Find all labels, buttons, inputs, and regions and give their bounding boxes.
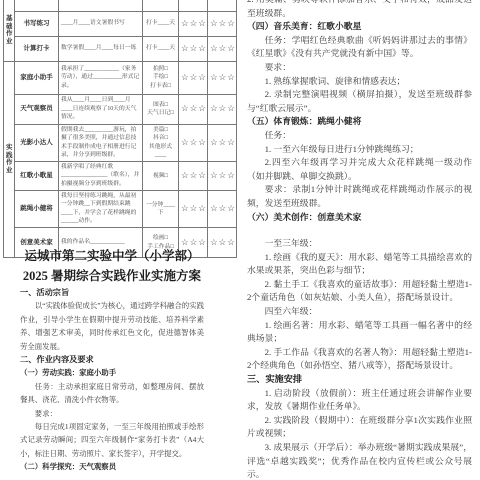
text-line: 要求： xyxy=(20,407,204,420)
self-rating-stars: ☆☆☆ xyxy=(179,94,208,124)
text-line: 2. 用美篇、剪映等软件添加音乐、文字和特效，成品发送至班级群。 xyxy=(247,0,472,20)
school-title: 运城市第二实验中学（小学部） xyxy=(20,246,204,266)
plan-title: 2025 暑期综合实践作业实施方案 xyxy=(20,266,204,286)
document-canvas: 基 础 作 业书写练习____月____语文暑假书写打卡____天☆☆☆☆☆☆计… xyxy=(0,0,480,480)
text-line: 2. 手工作品《我喜欢的名著人物》：用超轻黏土塑造1-2个经典角色（如孙悟空、猪… xyxy=(247,346,472,373)
record-method: 打卡____天 xyxy=(143,11,179,36)
self-rating-stars: ☆☆☆ xyxy=(179,61,208,94)
record-method: 美篇□ 抖音□ 其他形式____ xyxy=(143,124,179,161)
text-line: 四至六年级： xyxy=(247,305,472,319)
task-name: 家庭小助手 xyxy=(15,61,59,94)
task-description: 我从____月____日到____月____日连续观察了10天的天气情况。 xyxy=(59,94,143,124)
homework-checklist-table: 基 础 作 业书写练习____月____语文暑假书写打卡____天☆☆☆☆☆☆计… xyxy=(3,0,237,258)
teacher-rating-stars: ☆☆☆ xyxy=(208,161,237,190)
text-line: 1. 绘画名著：用水彩、蜡笔等工具画一幅名著中的经典场景； xyxy=(247,319,472,346)
teacher-rating-stars: ☆☆☆ xyxy=(208,190,237,227)
table-row: 跳绳小健将我每日坚持练习跳绳，从最初一分钟跳__下到假期结束跳____下，并学会… xyxy=(4,190,237,227)
record-method: 打卡____天 xyxy=(143,36,179,61)
text-line: 1. 绘画《我的夏天》：用水彩、蜡笔等工具描绘喜欢的水果或果茶，突出色彩与细节； xyxy=(247,251,472,278)
task-description: 数学暑假____月____每日一练 xyxy=(59,36,143,61)
teacher-rating-stars: ☆☆☆ xyxy=(208,11,237,36)
self-rating-stars: ☆☆☆ xyxy=(179,190,208,227)
task-name: 计算打卡 xyxy=(15,36,59,61)
text-line: 以“实践体验促成长”为核心，通过跨学科融合的实践作业，引导小学生在假期中提升劳动… xyxy=(20,299,204,353)
task-description: 我新学唱了经典红歌________________（歌名），并拍摄视频分享到班级… xyxy=(59,161,143,190)
task-name: 书写练习 xyxy=(15,11,59,36)
text-line: 三、实施安排 xyxy=(247,373,472,387)
group-label: 实 践 作 业 xyxy=(4,61,15,258)
table-row: 天气观察员我从____月____日到____月____日连续观察了10天的天气情… xyxy=(4,94,237,124)
table-partial-row: 基 础 作 业 xyxy=(4,0,237,11)
empty-cell xyxy=(143,0,179,11)
text-line: 2.四至六年级再学习并完成大众花样跳绳一级动作（如并脚跳、单脚交换跳）。 xyxy=(247,156,472,183)
text-line: 1. 启动阶段（放假前）：班主任通过班会讲解作业要求，发放《暑期作业任务单》。 xyxy=(247,387,472,414)
teacher-rating-stars: ☆☆☆ xyxy=(208,36,237,61)
text-line: 1. 熟练掌握歌词、旋律和情感表达； xyxy=(247,75,472,89)
plan-title-page: 运城市第二实验中学（小学部） 2025 暑期综合实践作业实施方案 一、活动宗旨以… xyxy=(20,246,204,474)
table-row: 光影小达人假期我去__________游玩，拍摄了很多美照，并通过信息技术手段制… xyxy=(4,124,237,161)
table-row: 书写练习____月____语文暑假书写打卡____天☆☆☆☆☆☆ xyxy=(4,11,237,36)
text-line: 二、作业内容及要求 xyxy=(20,353,204,366)
table-row: 红歌小歌星我新学唱了经典红歌________________（歌名），并拍摄视频… xyxy=(4,161,237,190)
text-line: （二）科学探究：天气观察员 xyxy=(20,460,204,473)
self-rating-stars: ☆☆☆ xyxy=(179,11,208,36)
plan-left-text: 一、活动宗旨以“实践体验促成长”为核心，通过跨学科融合的实践作业，引导小学生在假… xyxy=(20,286,204,474)
task-name: 跳绳小健将 xyxy=(15,190,59,227)
text-line: 2. 实践阶段（假期中）：在班级群分享1次实践作业照片或视频； xyxy=(247,414,472,441)
self-rating-stars: ☆☆☆ xyxy=(179,124,208,161)
text-line: 3. 成果展示（开学后）：举办班级“暑期实践成果展”，评选“卓越实践奖”；优秀作… xyxy=(247,441,472,480)
text-line: （四）音乐美育：红歌小歌星 xyxy=(247,20,472,34)
text-line: （六）美术创作：创意美术家 xyxy=(247,211,472,225)
table-row: 实 践 作 业家庭小助手我承担了____________（家务劳动），通过___… xyxy=(4,61,237,94)
task-description: 我承担了____________（家务劳动），通过__________形式记录。 xyxy=(59,61,143,94)
text-line: 2. 黏土手工《我喜欢的童话故事》：用超轻黏土塑造1-2个童话角色（如灰姑娘、小… xyxy=(247,278,472,305)
teacher-rating-stars: ☆☆☆ xyxy=(208,94,237,124)
task-description: 我每日坚持练习跳绳，从最初一分钟跳__下到假期结束跳____下，并学会了花样跳绳… xyxy=(59,190,143,227)
text-line: 一、活动宗旨 xyxy=(20,286,204,299)
record-method: 一分钟____下 xyxy=(143,190,179,227)
text-line: 一至三年级： xyxy=(247,237,472,251)
text-line: 要求：录制1分钟计时跳绳或花样跳绳动作展示的视频，发送至班级群。 xyxy=(247,183,472,210)
self-rating-stars: ☆☆☆ xyxy=(179,161,208,190)
text-line: 任务：学唱红色经典歌曲《听妈妈讲那过去的事情》《红星歌》《没有共产党就没有新中国… xyxy=(247,34,472,61)
text-line: 要求： xyxy=(247,61,472,75)
empty-cell xyxy=(15,0,59,11)
record-method: 视频□ xyxy=(143,161,179,190)
text-line: 1. 一至六年级每日进行1分钟跳绳练习； xyxy=(247,143,472,157)
teacher-rating-stars: ☆☆☆ xyxy=(208,124,237,161)
text-line: 任务：主动承担家庭日常劳动，如整理房间、摆放餐具、浇花、清洗小件衣物等。 xyxy=(20,380,204,407)
text-line: （五）体育锻炼：跳绳小健将 xyxy=(247,115,472,129)
task-name: 天气观察员 xyxy=(15,94,59,124)
record-method: 图表□ 天气日记□ xyxy=(143,94,179,124)
table-row: 计算打卡数学暑假____月____每日一练打卡____天☆☆☆☆☆☆ xyxy=(4,36,237,61)
empty-cell xyxy=(179,0,208,11)
group-label: 基 础 作 业 xyxy=(4,0,15,61)
task-name: 光影小达人 xyxy=(15,124,59,161)
plan-continuation-page: 2. 用美篇、剪映等软件添加音乐、文字和特效，成品发送至班级群。（四）音乐美育：… xyxy=(247,0,472,480)
self-rating-stars: ☆☆☆ xyxy=(179,36,208,61)
teacher-rating-stars: ☆☆☆ xyxy=(208,228,237,258)
empty-cell xyxy=(59,0,143,11)
record-method: 拍照□ 手绘□ 打卡表□ xyxy=(143,61,179,94)
task-description: 假期我去__________游玩，拍摄了很多美照，并通过信息技术手段制作成电子相… xyxy=(59,124,143,161)
task-description: ____月____语文暑假书写 xyxy=(59,11,143,36)
teacher-rating-stars: ☆☆☆ xyxy=(208,61,237,94)
text-line: 每日完成1项固定家务，一至三年级用拍照或手绘形式记录劳动瞬间；四至六年级制作“家… xyxy=(20,420,204,460)
task-name: 红歌小歌星 xyxy=(15,161,59,190)
text-line: 任务： xyxy=(247,129,472,143)
text-line: （一）劳动实践：家庭小助手 xyxy=(20,366,204,379)
text-line: 2. 录制完整演唱视频（横屏拍摄），发送至班级群参与“红歌云展示”。 xyxy=(247,88,472,115)
empty-cell xyxy=(208,0,237,11)
